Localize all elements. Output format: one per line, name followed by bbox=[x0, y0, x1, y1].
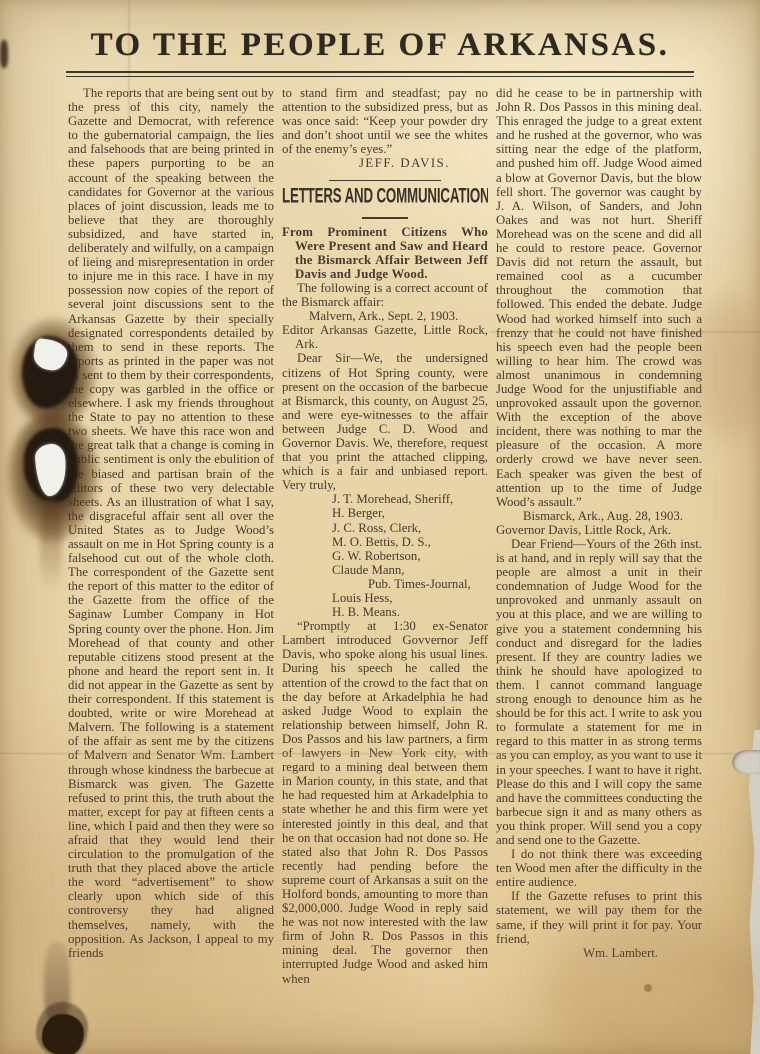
column-3: did he cease to be in partnership with J… bbox=[496, 86, 702, 1048]
signer: Louis Hess, bbox=[332, 591, 488, 605]
col1-paragraph: The reports that are being sent out by t… bbox=[68, 86, 274, 960]
signer: Claude Mann, bbox=[332, 563, 488, 577]
col3-continuation-paragraph: did he cease to be in partnership with J… bbox=[496, 86, 702, 509]
dateline-malvern: Malvern, Ark., Sept. 2, 1903. bbox=[282, 309, 488, 323]
column-1: The reports that are being sent out by t… bbox=[68, 86, 274, 1048]
intro-paragraph: The following is a correct account of th… bbox=[282, 281, 488, 309]
column-2: to stand firm and steadfast; pay no atte… bbox=[282, 86, 488, 1048]
addressee-governor: Governor Davis, Little Rock, Ark. bbox=[496, 523, 702, 537]
signer-list: J. T. Morehead, Sheriff, H. Berger, J. C… bbox=[332, 492, 488, 619]
article-columns: The reports that are being sent out by t… bbox=[0, 77, 760, 1048]
audience-paragraph: I do not think there was exceeding ten W… bbox=[496, 847, 702, 889]
signer: H. B. Means. bbox=[332, 605, 488, 619]
page-title: TO THE PEOPLE OF ARKANSAS. bbox=[0, 27, 760, 64]
divider-rule bbox=[329, 180, 441, 181]
signer: J. C. Ross, Clerk, bbox=[332, 521, 488, 535]
divider-rule-short bbox=[362, 217, 408, 219]
masthead: TO THE PEOPLE OF ARKANSAS. bbox=[0, 0, 760, 77]
signer: Pub. Times-Journal, bbox=[368, 577, 488, 591]
dateline-bismarck: Bismarck, Ark., Aug. 28, 1903. bbox=[496, 509, 702, 523]
section-heading: LETTERS AND COMMUNICATIONS bbox=[282, 188, 488, 210]
closing-paragraph: If the Gazette refuses to print this sta… bbox=[496, 889, 702, 945]
article-lede: From Prominent Citizens Who Were Present… bbox=[282, 225, 488, 281]
jeff-davis-signature: JEFF. DAVIS. bbox=[282, 156, 488, 170]
signer: G. W. Robertson, bbox=[332, 549, 488, 563]
lambert-signature: Wm. Lambert. bbox=[496, 946, 702, 960]
signer: J. T. Morehead, Sheriff, bbox=[332, 492, 488, 506]
letter-body: Dear Sir—We, the undersigned citizens of… bbox=[282, 351, 488, 492]
col2-continuation-paragraph: to stand firm and steadfast; pay no atte… bbox=[282, 86, 488, 156]
newspaper-page: TO THE PEOPLE OF ARKANSAS. The reports t… bbox=[0, 0, 760, 1054]
signer: M. O. Bettis, D. S., bbox=[332, 535, 488, 549]
signer: H. Berger, bbox=[332, 506, 488, 520]
lambert-letter-body: Dear Friend—Yours of the 26th inst. is a… bbox=[496, 537, 702, 847]
clipping-quote-paragraph: “Promptly at 1:30 ex-Senator Lambert int… bbox=[282, 619, 488, 985]
addressee-editor: Editor Arkansas Gazette, Little Rock, Ar… bbox=[282, 323, 488, 351]
